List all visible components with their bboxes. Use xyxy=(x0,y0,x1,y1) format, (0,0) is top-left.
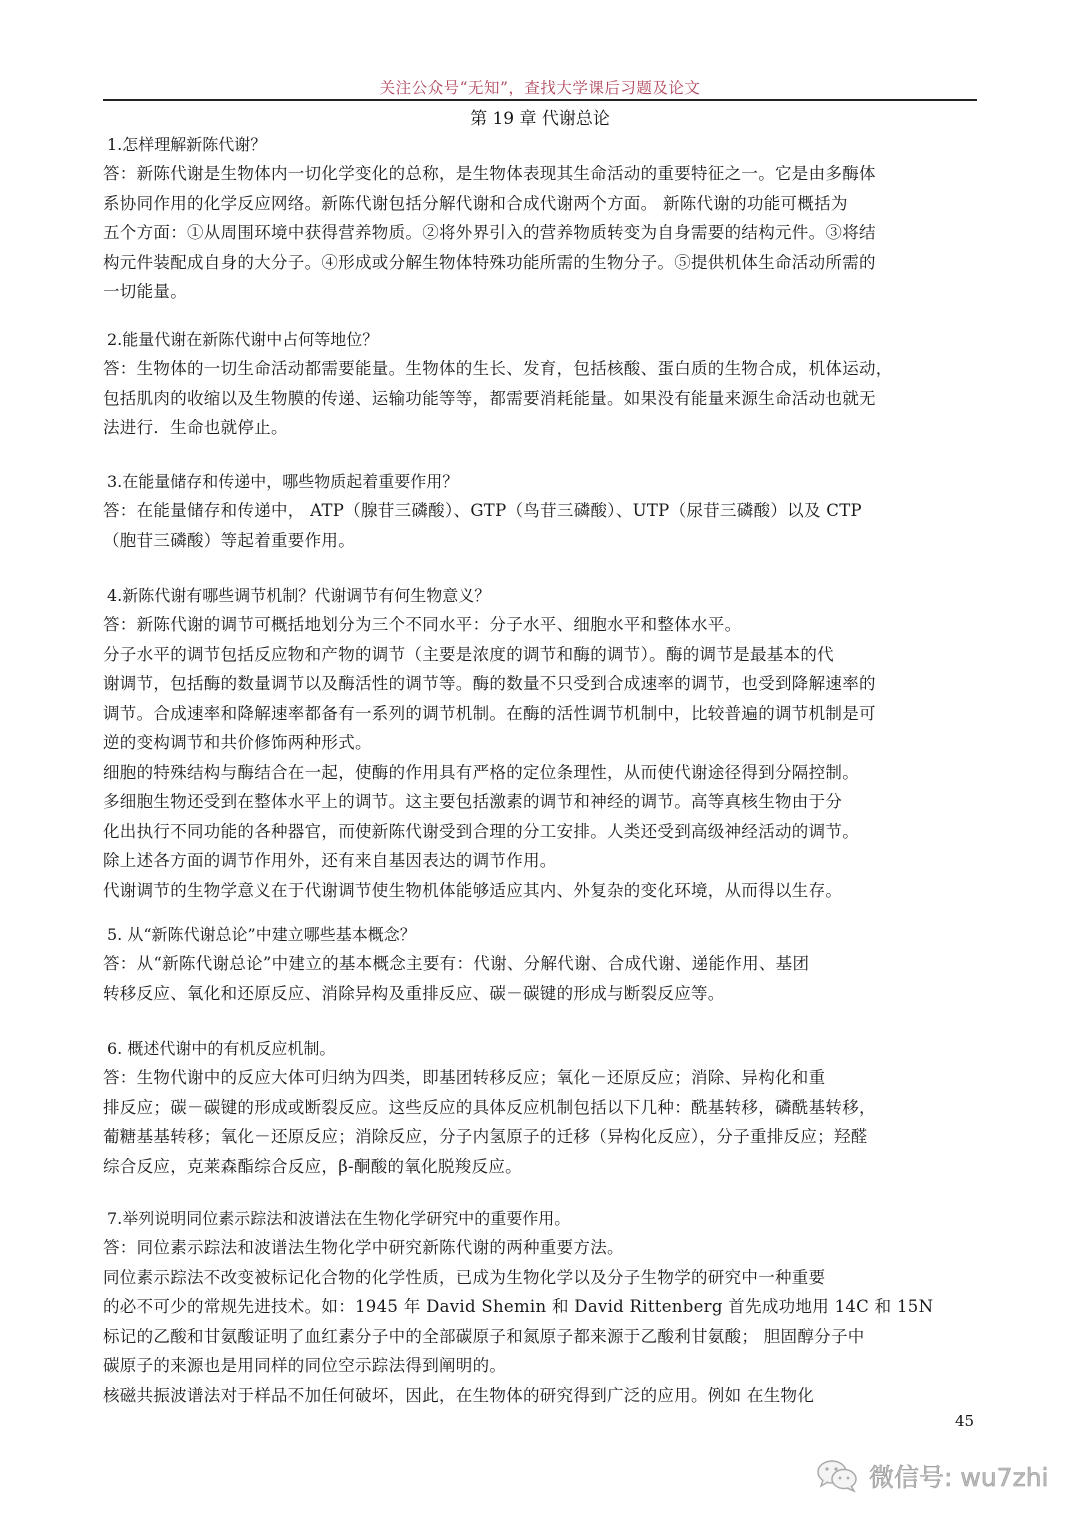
question-heading: 4.新陈代谢有哪些调节机制？代谢调节有何生物意义？ xyxy=(103,581,977,610)
answer-line: 谢调节，包括酶的数量调节以及酶活性的调节等。酶的数量不只受到合成速率的调节，也受… xyxy=(103,669,977,699)
question-heading: 6. 概述代谢中的有机反应机制。 xyxy=(103,1034,977,1063)
question-7: 7.举列说明同位素示踪法和波谱法在生物化学研究中的重要作用。 答：同位素示踪法和… xyxy=(103,1204,977,1410)
question-1: 1.怎样理解新陈代谢？ 答：新陈代谢是生物体内一切化学变化的总称，是生物体表现其… xyxy=(103,130,977,307)
answer-line: 答：新陈代谢的调节可概括地划分为三个不同水平：分子水平、细胞水平和整体水平。 xyxy=(103,610,977,640)
answer-line: 答：生物体的一切生命活动都需要能量。生物体的生长、发育，包括核酸、蛋白质的生物合… xyxy=(103,354,977,384)
watermark-text: 微信号: wu7zhi xyxy=(869,1458,1048,1494)
answer-line: 答：同位素示踪法和波谱法生物化学中研究新陈代谢的两种重要方法。 xyxy=(103,1233,977,1263)
question-heading: 7.举列说明同位素示踪法和波谱法在生物化学研究中的重要作用。 xyxy=(103,1204,977,1233)
answer-line: （胞苷三磷酸）等起着重要作用。 xyxy=(103,526,977,556)
answer-line: 综合反应，克莱森酯综合反应，β-酮酸的氧化脱羧反应。 xyxy=(103,1152,977,1182)
answer-line: 答：在能量储存和传递中， ATP（腺苷三磷酸）、GTP（鸟苷三磷酸）、UTP（尿… xyxy=(103,496,977,526)
answer-line: 葡糖基基转移；氧化－还原反应；消除反应，分子内氢原子的迁移（异构化反应），分子重… xyxy=(103,1122,977,1152)
answer-line: 答：新陈代谢是生物体内一切化学变化的总称，是生物体表现其生命活动的重要特征之一。… xyxy=(103,159,977,189)
answer-line: 排反应；碳－碳键的形成或断裂反应。这些反应的具体反应机制包括以下几种：酰基转移，… xyxy=(103,1093,977,1123)
answer-line: 系协同作用的化学反应网络。新陈代谢包括分解代谢和合成代谢两个方面。 新陈代谢的功… xyxy=(103,189,977,219)
wechat-icon xyxy=(815,1458,861,1494)
answer-line: 答：生物代谢中的反应大体可归纳为四类，即基团转移反应；氧化－还原反应；消除、异构… xyxy=(103,1063,977,1093)
answer-line: 法进行．生命也就停止。 xyxy=(103,413,977,443)
answer-line: 一切能量。 xyxy=(103,277,977,307)
question-6: 6. 概述代谢中的有机反应机制。 答：生物代谢中的反应大体可归纳为四类，即基团转… xyxy=(103,1034,977,1181)
answer-line: 构元件装配成自身的大分子。④形成或分解生物体特殊功能所需的生物分子。⑤提供机体生… xyxy=(103,248,977,278)
answer-line: 转移反应、氧化和还原反应、消除异构及重排反应、碳－碳键的形成与断裂反应等。 xyxy=(103,979,977,1009)
document-page: 关注公众号“无知”，查找大学课后习题及论文 第 19 章 代谢总论 1.怎样理解… xyxy=(0,0,1080,1527)
answer-line: 细胞的特殊结构与酶结合在一起，使酶的作用具有严格的定位条理性，从而使代谢途径得到… xyxy=(103,758,977,788)
answer-line: 代谢调节的生物学意义在于代谢调节使生物机体能够适应其内、外复杂的变化环境，从而得… xyxy=(103,876,977,906)
question-heading: 2.能量代谢在新陈代谢中占何等地位？ xyxy=(103,325,977,354)
header-divider xyxy=(103,99,977,101)
answer-line: 调节。合成速率和降解速率都备有一系列的调节机制。在酶的活性调节机制中，比较普遍的… xyxy=(103,699,977,729)
question-heading: 3.在能量储存和传递中，哪些物质起着重要作用？ xyxy=(103,467,977,496)
header-note: 关注公众号“无知”，查找大学课后习题及论文 xyxy=(103,76,977,98)
answer-line: 分子水平的调节包括反应物和产物的调节（主要是浓度的调节和酶的调节）。酶的调节是最… xyxy=(103,640,977,670)
answer-line: 同位素示踪法不改变被标记化合物的化学性质，已成为生物化学以及分子生物学的研究中一… xyxy=(103,1263,977,1293)
watermark: 微信号: wu7zhi xyxy=(815,1458,1048,1494)
question-heading: 1.怎样理解新陈代谢？ xyxy=(103,130,977,159)
answer-line: 标记的乙酸和甘氨酸证明了血红素分子中的全部碳原子和氮原子都来源于乙酸利甘氨酸； … xyxy=(103,1322,977,1352)
answer-line: 碳原子的来源也是用同样的同位空示踪法得到阐明的。 xyxy=(103,1351,977,1381)
answer-line: 五个方面：①从周围环境中获得营养物质。②将外界引入的营养物质转变为自身需要的结构… xyxy=(103,218,977,248)
question-4: 4.新陈代谢有哪些调节机制？代谢调节有何生物意义？ 答：新陈代谢的调节可概括地划… xyxy=(103,581,977,905)
page-number: 45 xyxy=(955,1412,974,1430)
answer-line: 除上述各方面的调节作用外，还有来自基因表达的调节作用。 xyxy=(103,846,977,876)
answer-line: 答：从“新陈代谢总论”中建立的基本概念主要有：代谢、分解代谢、合成代谢、递能作用… xyxy=(103,949,977,979)
answer-line: 逆的变构调节和共价修饰两种形式。 xyxy=(103,728,977,758)
question-2: 2.能量代谢在新陈代谢中占何等地位？ 答：生物体的一切生命活动都需要能量。生物体… xyxy=(103,325,977,443)
chapter-title: 第 19 章 代谢总论 xyxy=(103,104,977,129)
answer-line: 化出执行不同功能的各种器官，而使新陈代谢受到合理的分工安排。人类还受到高级神经活… xyxy=(103,817,977,847)
question-5: 5. 从“新陈代谢总论”中建立哪些基本概念？ 答：从“新陈代谢总论”中建立的基本… xyxy=(103,920,977,1008)
answer-line: 的必不可少的常规先进技术。如：1945 年 David Shemin 和 Dav… xyxy=(103,1292,977,1322)
answer-line: 多细胞生物还受到在整体水平上的调节。这主要包括激素的调节和神经的调节。高等真核生… xyxy=(103,787,977,817)
answer-line: 核磁共振波谱法对于样品不加任何破坏，因此，在生物体的研究得到广泛的应用。例如 在… xyxy=(103,1381,977,1411)
answer-line: 包括肌肉的收缩以及生物膜的传递、运输功能等等，都需要消耗能量。如果没有能量来源生… xyxy=(103,384,977,414)
question-3: 3.在能量储存和传递中，哪些物质起着重要作用？ 答：在能量储存和传递中， ATP… xyxy=(103,467,977,555)
question-heading: 5. 从“新陈代谢总论”中建立哪些基本概念？ xyxy=(103,920,977,949)
